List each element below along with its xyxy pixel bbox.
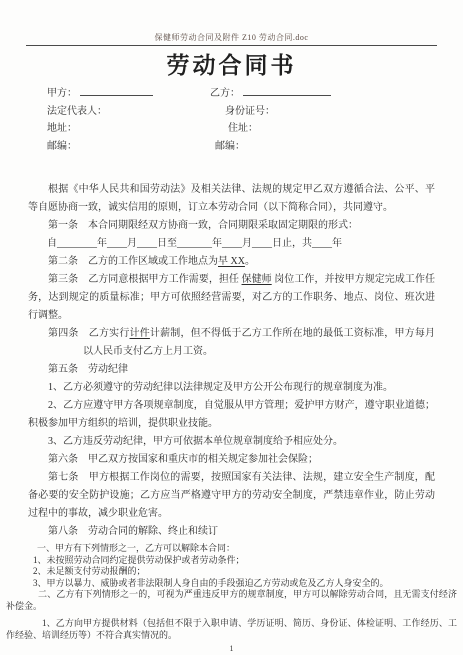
clause-7: 第七条 甲方根据工作岗位的需要，按照国家有关法律、法规，建立安全生产制度，配备必… [28,469,435,523]
termination-a-item-1: 1、未按照劳动合同约定提供劳动保护或者劳动条件； [6,555,457,567]
contract-term-blank-line: 自________年____月____日至_______年____月____日止… [28,235,435,253]
party-b-label: 乙方： [210,88,240,99]
residence-label: 住址： [210,120,435,138]
party-row: 法定代表人： 身份证号： [28,103,435,121]
clause-5-item-1: 1、乙方必须遵守的劳动纪律以法律规定及甲方公开公布现行的规章制度为准。 [28,379,435,397]
termination-section: 一、甲方有下列情形之一，乙方可以解除本合同： 1、未按照劳动合同约定提供劳动保护… [6,543,457,641]
postcode-b-label: 邮编： [210,138,435,156]
clause-5-item-3: 3、乙方违反劳动纪律，甲方可依据本单位规章制度给予相应处分。 [28,433,435,451]
party-b-blank-field [243,85,331,96]
page-number: 1 [0,644,463,653]
clause-5-item-2: 2、乙方应遵守甲方各项规章制度，自觉服从甲方管理；爱护甲方财产，遵守职业道德；积… [28,397,435,433]
party-row: 甲方： 乙方： [28,85,435,103]
parties-block: 甲方： 乙方： 法定代表人： 身份证号： 地址： 住址： 邮编： 邮编： [28,85,435,155]
clause-3: 第三条 乙方同意根据甲方工作需要，担任 保健师 岗位工作，并按甲方规定完成工作任… [28,271,435,325]
document-page: 保健师劳动合同及附件 Z10 劳动合同.doc 劳动合同书 甲方： 乙方： 法定… [0,0,463,655]
id-number-label: 身份证号： [210,103,435,121]
clause-8: 第八条 劳动合同的解除、终止和续订 [28,523,435,541]
workplace-value: 早 XX [218,256,245,267]
postcode-a-label: 邮编： [28,138,210,156]
termination-a-item-2: 2、未足额支付劳动报酬的； [6,566,457,578]
termination-b-heading: 二、乙方有下列情形之一的，可视为严重违反甲方的规章制度，甲方可以解除劳动合同，且… [6,589,457,612]
position-value: 保健师 [242,274,272,285]
clause-1: 第一条 本合同期限经双方协商一致，合同期限采取固定期限的形式： [28,217,435,235]
party-row: 地址： 住址： [28,120,435,138]
pay-type-value: 计件 [130,328,150,339]
termination-a-heading: 一、甲方有下列情形之一，乙方可以解除本合同： [6,543,457,555]
clause-4: 第四条 乙方实行计件计薪制，但不得低于乙方工作所在地的最低工资标准，甲方每月以人… [28,325,435,361]
clause-6: 第六条 甲乙双方按国家和重庆市的相关规定参加社会保险； [28,451,435,469]
document-filename-header: 保健师劳动合同及附件 Z10 劳动合同.doc [26,33,437,46]
clause-2: 第二条 乙方的工作区域或工作地点为早 XX。 [28,253,435,271]
page-title: 劳动合同书 [0,50,463,80]
termination-b-item-1: 1、乙方向甲方提供材料（包括但不限于入职申请、学历证明、简历、身份证、体检证明、… [6,618,457,641]
party-a-label: 甲方： [47,88,77,99]
termination-a-item-3: 3、甲方以暴力、威胁或者非法限制人身自由的手段强迫乙方劳动或危及乙方人身安全的。 [6,578,457,590]
legal-rep-label: 法定代表人： [28,103,210,121]
party-a-blank-field [80,85,153,96]
party-row: 邮编： 邮编： [28,138,435,156]
address-label: 地址： [28,120,210,138]
clause-5: 第五条 劳动纪律 [28,361,435,379]
intro-paragraph: 根据《中华人民共和国劳动法》及相关法律、法规的规定甲乙双方遵循合法、公平、平等自… [28,181,435,217]
contract-body: 根据《中华人民共和国劳动法》及相关法律、法规的规定甲乙双方遵循合法、公平、平等自… [28,181,435,541]
